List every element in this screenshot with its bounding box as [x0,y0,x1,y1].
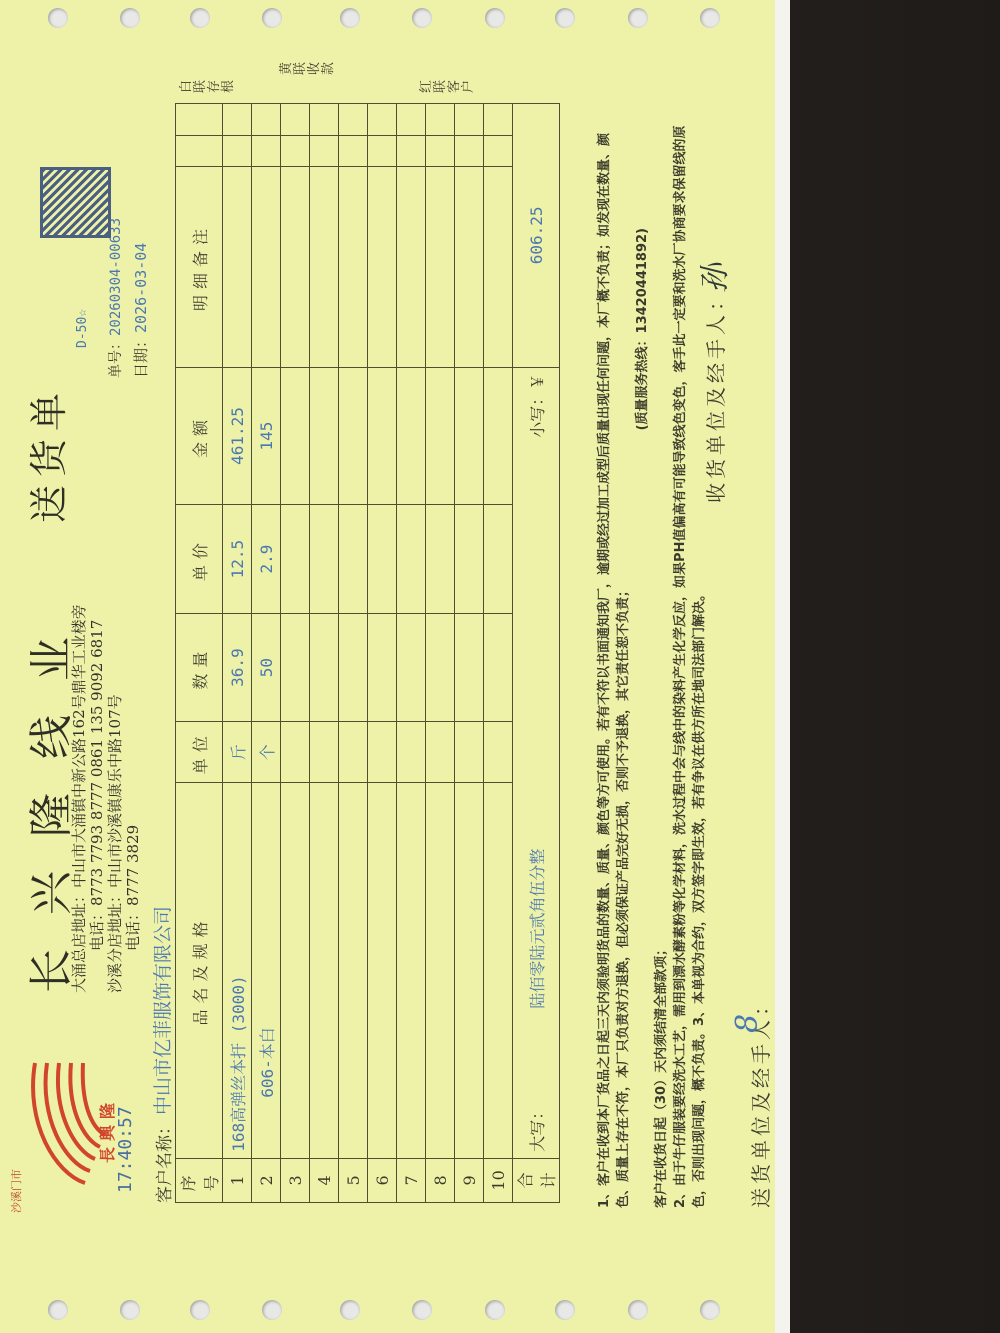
copy-label-red: 红联客户 [420,79,476,93]
table-row: 8 [426,104,455,1203]
row-unit: 个 [252,722,281,783]
header-price: 单价 [176,505,223,613]
row-name [368,783,397,1159]
row-extra [223,135,252,167]
row-name [281,783,310,1159]
row-no: 7 [397,1158,426,1202]
total-lower-label: 小写：￥ [525,374,548,438]
table-row: 6 [368,104,397,1203]
row-amount [281,367,310,505]
row-amount [310,367,339,505]
row-unit: 斤 [223,722,252,783]
row-amount: 145 [252,367,281,505]
row-extra [484,135,513,167]
row-price [455,505,484,613]
row-amount [455,367,484,505]
branch-phone: 8777 3829 [124,825,142,906]
row-no: 1 [223,1158,252,1202]
header-extra-2 [176,104,223,136]
document-type-title: 送货单 [18,385,73,523]
receiver-signature-label: 收货单位及经手人： [700,287,729,503]
row-note [426,167,455,367]
row-price [310,505,339,613]
row-extra [455,104,484,136]
row-price [281,505,310,613]
row-unit [397,722,426,783]
sender-signature: 8 [730,1014,765,1033]
table-row: 5 [339,104,368,1203]
receiver-signature: 孙 [690,263,734,293]
row-name [310,783,339,1159]
row-qty [397,613,426,721]
branch-address-line: 沙溪分店地址：中山市沙溪镇康乐中路107号 [106,694,124,993]
order-date: 2026-03-04 [132,243,150,333]
terms-line-1: 1、客户在收到本厂货品之日起三天内须验明货品的数量、质量、颜色等方可使用。若有不… [595,108,633,1208]
table-row: 3 [281,104,310,1203]
table-header-row: 序号 品名及规格 单位 数量 单价 金额 明细备注 [176,104,223,1203]
row-unit [339,722,368,783]
row-unit [426,722,455,783]
row-qty [281,613,310,721]
hq-address-line: 大涌总店地址：中山市大涌镇中新公路162号鼎华工业楼旁 [70,604,88,993]
logo-caption: 沙溪门市 [8,1169,24,1213]
customer-label: 客户名称： [150,1118,175,1203]
branch-phone-label: 电话： [124,906,142,951]
row-extra [310,135,339,167]
order-date-line: 日期：2026-03-04 [130,243,151,378]
row-extra [368,135,397,167]
row-price [426,505,455,613]
row-price [339,505,368,613]
total-upper-amount: 陆佰零陆元贰角伍分整 [528,849,547,1009]
hq-address-label: 大涌总店地址： [70,888,88,993]
hq-phone-line: 电话：8773 7793 8777 0861 135 9092 6817 [88,620,106,951]
hq-phone-label: 电话： [88,906,106,951]
row-name [397,783,426,1159]
table-row: 4 [310,104,339,1203]
row-price: 12.5 [223,505,252,613]
header-name: 品名及规格 [176,783,223,1159]
row-no: 10 [484,1158,513,1202]
row-amount: 461.25 [223,367,252,505]
row-extra [426,135,455,167]
hq-phone: 8773 7793 8777 0861 135 9092 6817 [88,620,106,906]
header-extra-1 [176,135,223,167]
row-no: 6 [368,1158,397,1202]
row-extra [281,104,310,136]
row-note [281,167,310,367]
branch-address: 中山市沙溪镇康乐中路107号 [106,694,124,888]
row-note [484,167,513,367]
row-price [484,505,513,613]
branch-phone-line: 电话：8777 3829 [124,825,142,951]
row-qty: 50 [252,613,281,721]
row-note [252,167,281,367]
table-row: 10 [484,104,513,1203]
row-extra [426,104,455,136]
row-no: 9 [455,1158,484,1202]
row-no: 8 [426,1158,455,1202]
row-qty [455,613,484,721]
order-date-label: 日期： [132,333,150,378]
row-price [368,505,397,613]
row-extra [223,104,252,136]
row-note [310,167,339,367]
row-note [223,167,252,367]
row-name [339,783,368,1159]
row-name [484,783,513,1159]
total-lower-amount: 606.25 [513,104,560,368]
row-extra [397,104,426,136]
delivery-note-sheet: 沙溪门市 長興隆 17:40:57 长兴隆线业 送货单 大涌总店地址：中山市大涌… [0,0,775,1333]
header-amount: 金额 [176,367,223,505]
row-extra [281,135,310,167]
row-extra [368,104,397,136]
header-unit: 单位 [176,722,223,783]
row-amount [426,367,455,505]
copy-label-white: 白联存根 [180,79,236,93]
row-unit [368,722,397,783]
row-name: 606-本白 [252,783,281,1159]
total-upper-cell: 大写： 陆佰零陆元贰角伍分整 小写：￥ [513,367,560,1158]
row-price: 2.9 [252,505,281,613]
table-row: 1 168高弹丝本扞 (3000) 斤 36.9 12.5 461.25 [223,104,252,1203]
row-qty [426,613,455,721]
row-no: 2 [252,1158,281,1202]
header-note: 明细备注 [176,167,223,367]
row-unit [455,722,484,783]
row-qty [368,613,397,721]
row-extra [455,135,484,167]
row-extra [252,104,281,136]
total-upper-label: 大写： [528,1104,547,1152]
row-name [426,783,455,1159]
row-no: 3 [281,1158,310,1202]
table-row: 9 [455,104,484,1203]
row-name [455,783,484,1159]
row-qty [310,613,339,721]
row-name: 168高弹丝本扞 (3000) [223,783,252,1159]
row-note [368,167,397,367]
row-extra [339,104,368,136]
table-row: 2 606-本白 个 50 2.9 145 [252,104,281,1203]
row-no: 4 [310,1158,339,1202]
terms-hotline: (质量服务热线：13420441892) [633,108,652,1208]
row-amount [484,367,513,505]
table-row: 7 [397,104,426,1203]
terms-line-payment: 客户在收货日起（30）天内须结清全部款项； [652,108,671,1208]
row-qty [484,613,513,721]
row-price [397,505,426,613]
branch-address-label: 沙溪分店地址： [106,888,124,993]
qr-code-icon[interactable] [40,167,111,238]
customer-name: 中山市亿菲服饰有限公司 [148,906,175,1115]
total-label: 合计 [513,1158,560,1202]
row-extra [310,104,339,136]
print-time: 17:40:57 [115,1106,136,1193]
row-qty [339,613,368,721]
row-qty: 36.9 [223,613,252,721]
copy-label-yellow: 黄联收款 [280,61,336,75]
row-extra [252,135,281,167]
row-amount [397,367,426,505]
row-note [339,167,368,367]
header-qty: 数量 [176,613,223,721]
row-amount [339,367,368,505]
row-no: 5 [339,1158,368,1202]
total-row: 合计 大写： 陆佰零陆元贰角伍分整 小写：￥ 606.25 [513,104,560,1203]
items-table: 序号 品名及规格 单位 数量 单价 金额 明细备注 1 168高弹丝本扞 (30… [175,103,560,1203]
form-code: D-50☆ [75,309,90,348]
row-extra [339,135,368,167]
row-unit [484,722,513,783]
row-note [455,167,484,367]
header-no: 序号 [176,1158,223,1202]
row-extra [484,104,513,136]
row-unit [310,722,339,783]
row-extra [397,135,426,167]
row-amount [368,367,397,505]
row-note [397,167,426,367]
row-unit [281,722,310,783]
order-number-line: 单号：20260304-00633 [105,218,125,378]
order-number-label: 单号： [108,336,124,378]
hq-address: 中山市大涌镇中新公路162号鼎华工业楼旁 [70,604,88,888]
